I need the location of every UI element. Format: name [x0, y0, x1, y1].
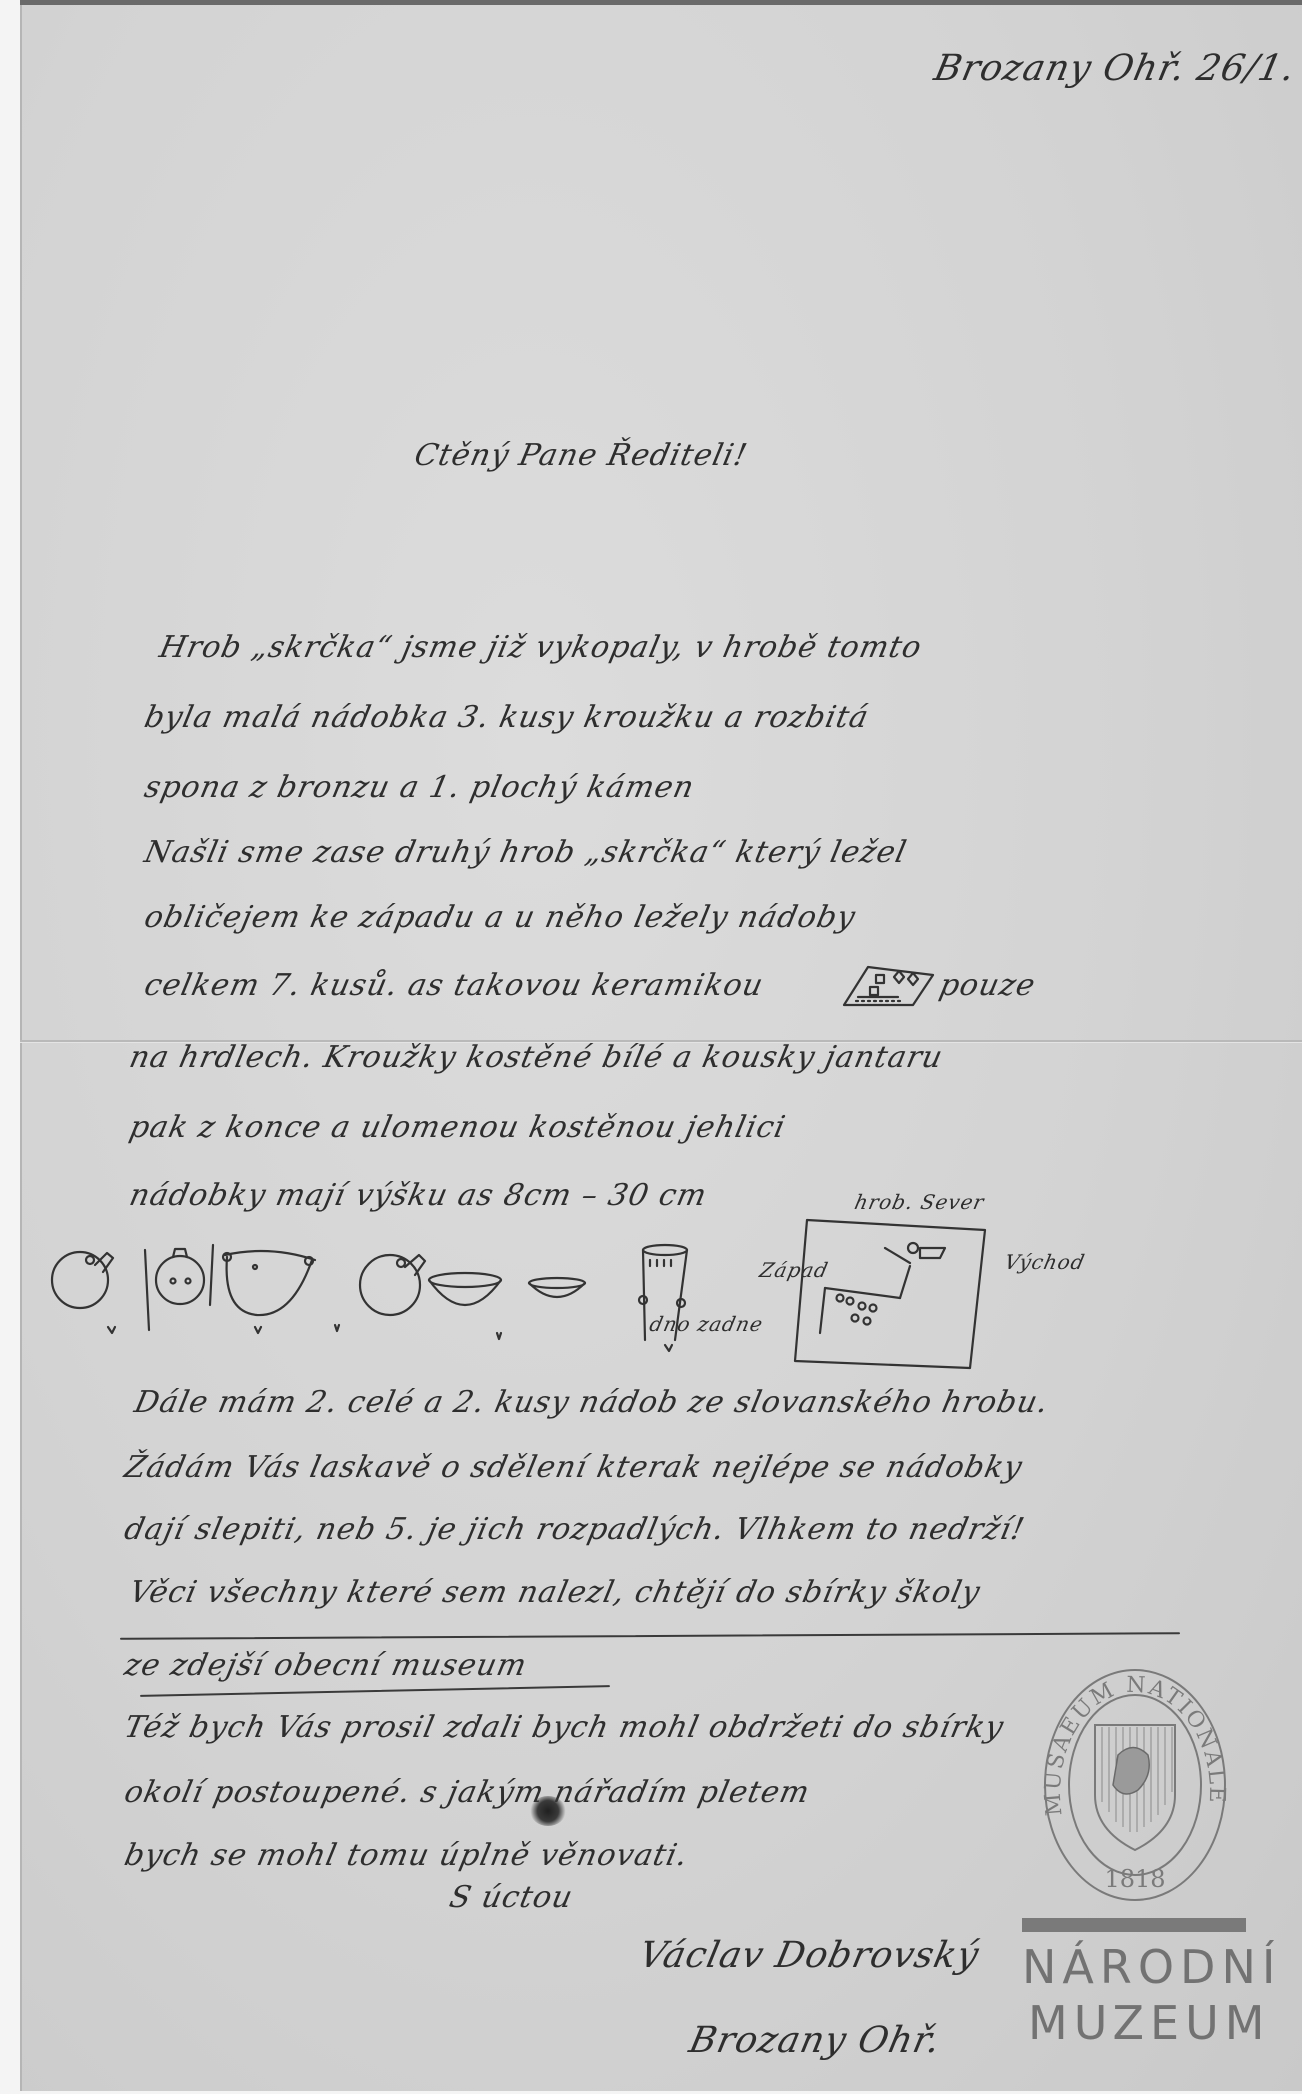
pot-note: dno zadne: [647, 1312, 765, 1336]
place-date: Brozany Ohř. 26/1. 25.: [931, 48, 1302, 89]
body2-line-1: Dále mám 2. celé a 2. kusy nádob ze slov…: [131, 1385, 1052, 1420]
body-line-2: byla malá nádobka 3. kusy kroužku a rozb…: [141, 700, 872, 735]
ceramic-pattern-sketch: [838, 965, 918, 1015]
bowl-sketch-2: [529, 1278, 585, 1297]
pottery-sketches: [45, 1245, 765, 1355]
grave-plan-sketch: [795, 1218, 995, 1368]
ink-blot: [530, 1796, 566, 1826]
grave-plan-east: Východ: [1002, 1250, 1087, 1274]
museum-seal-stamp: MUSAEUM NATIONALE 1818: [1040, 1665, 1230, 1905]
body2-line-5: ze zdejší obecní museum: [121, 1648, 530, 1683]
signature-place: Brozany Ohř.: [686, 2020, 945, 2061]
body-line-8: pak z konce a ulomenou kostěnou jehlici: [126, 1110, 789, 1145]
body2-line-8: bych se mohl tomu úplně věnovati.: [121, 1838, 691, 1873]
body-line-3: spona z bronzu a 1. plochý kámen: [141, 770, 697, 805]
body2-line-4: Věci všechny které sem nalezl, chtějí do…: [126, 1575, 983, 1610]
body-line-7: na hrdlech. Kroužky kostěné bílé a kousk…: [126, 1040, 946, 1075]
grave-plan-west: Západ: [757, 1258, 830, 1282]
pot-sketch-2: [156, 1249, 204, 1304]
grave-plan-north: hrob. Sever: [852, 1190, 986, 1214]
salutation: Ctěný Pane Řediteli!: [411, 438, 751, 473]
pot-sketch-1: [52, 1252, 113, 1308]
logo-line-2: MUZEUM: [1028, 2000, 1270, 2046]
bowl-sketch-1: [429, 1273, 501, 1305]
seal-year: 1818: [1104, 1865, 1165, 1893]
logo-bar: [1022, 1918, 1246, 1932]
body2-line-3: dají slepiti, neb 5. je jich rozpadlých.…: [121, 1512, 1028, 1547]
logo-line-1: NÁRODNÍ: [1022, 1944, 1281, 1990]
closing: S úctou: [446, 1880, 576, 1915]
pot-sketch-4: [360, 1255, 425, 1315]
body-line-6b: pouze: [936, 968, 1039, 1003]
body-line-4: Našli sme zase druhý hrob „skrčka“ který…: [141, 835, 910, 870]
body2-line-2: Žádám Vás laskavě o sdělení kterak nejlé…: [121, 1450, 1026, 1485]
signature-name: Václav Dobrovský: [636, 1935, 983, 1976]
pot-sketch-3: [223, 1251, 315, 1315]
body-line-9: nádobky mají výšku as 8cm – 30 cm: [126, 1178, 710, 1213]
body2-line-7: okolí postoupené. s jakým nářadím pletem: [121, 1775, 813, 1810]
body-line-6: celkem 7. kusů. as takovou keramikou: [141, 968, 767, 1003]
body2-line-6: Též bych Vás prosil zdali bych mohl obdr…: [121, 1710, 1007, 1745]
body-line-1: Hrob „skrčka“ jsme již vykopaly, v hrobě…: [156, 630, 925, 665]
body-line-5: obličejem ke západu a u něho ležely nádo…: [141, 900, 859, 935]
